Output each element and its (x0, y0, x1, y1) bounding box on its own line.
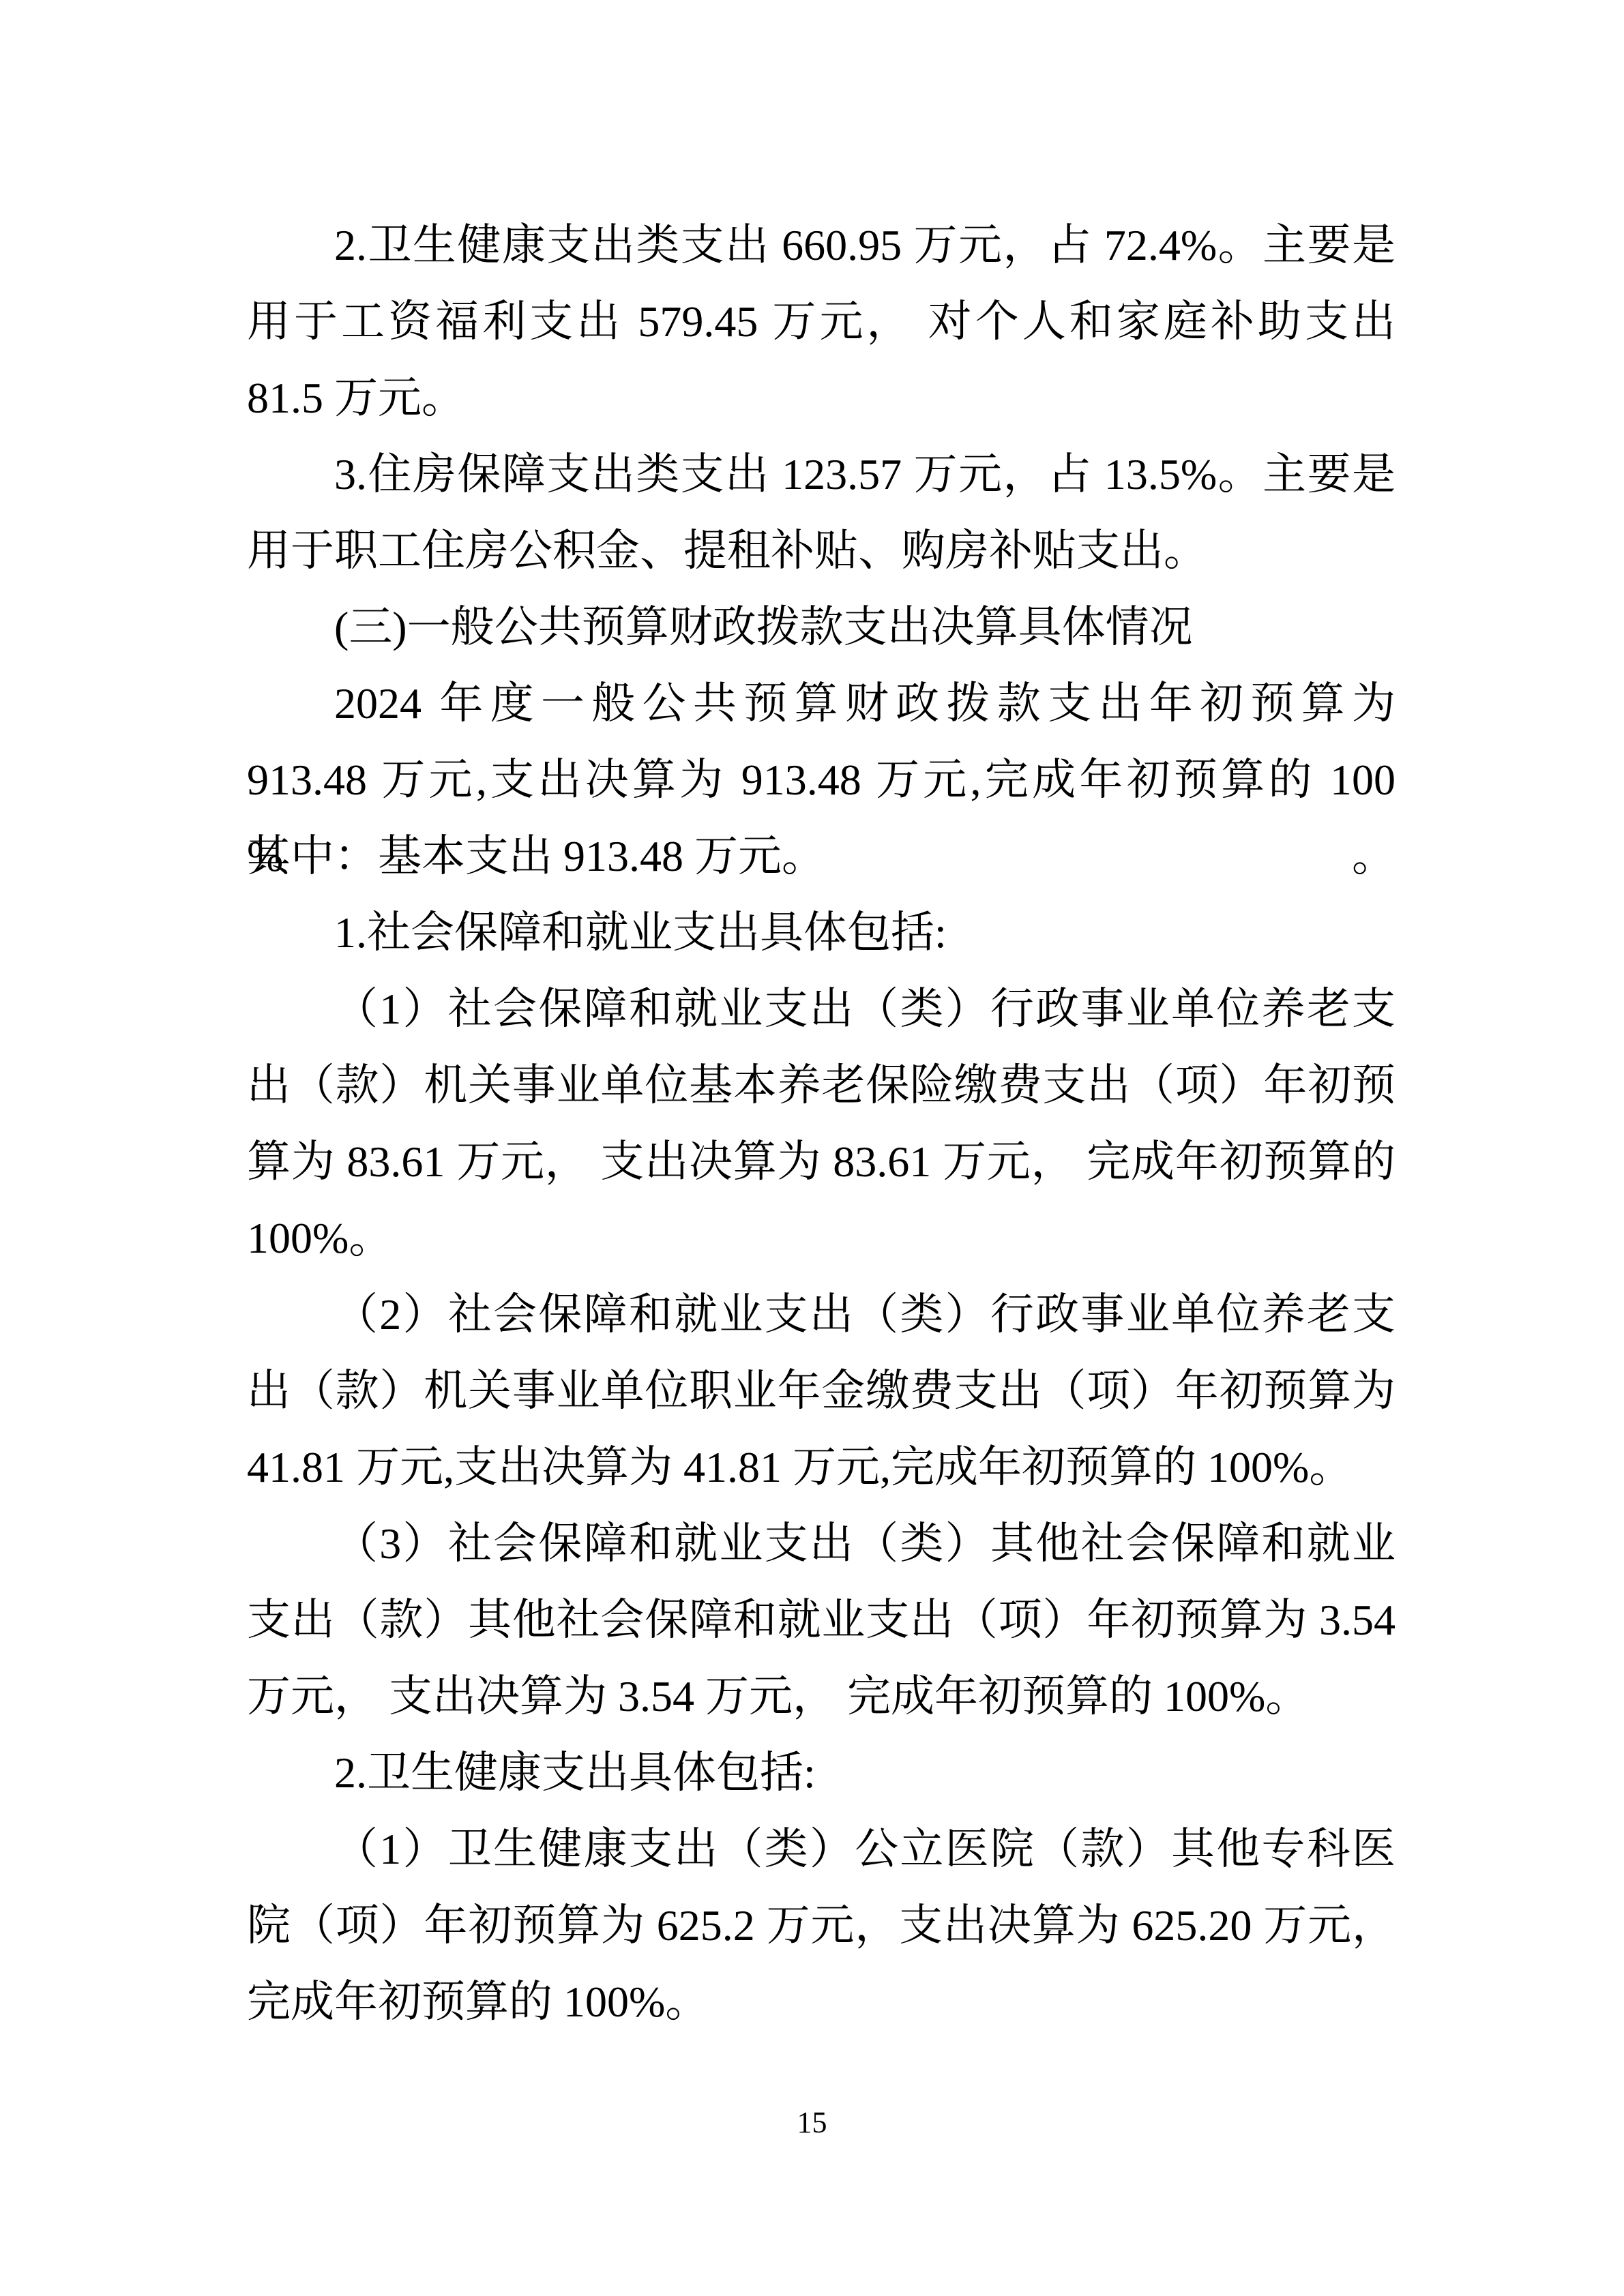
text-line: （1）卫生健康支出（类）公立医院（款）其他专科医 (247, 1811, 1396, 1888)
text-line: (三)一般公共预算财政拨款支出决算具体情况 (247, 589, 1396, 666)
paragraph: 2024 年度一般公共预算财政拨款支出年初预算为913.48 万元,支出决算为 … (247, 666, 1396, 895)
text-line: 2.卫生健康支出具体包括: (247, 1735, 1396, 1811)
paragraph: （3）社会保障和就业支出（类）其他社会保障和就业支出（款）其他社会保障和就业支出… (247, 1506, 1396, 1735)
document-body: 2.卫生健康支出类支出 660.95 万元，占 72.4%。主要是用于工资福利支… (247, 207, 1396, 2040)
paragraph: 2.卫生健康支出具体包括: (247, 1735, 1396, 1811)
paragraph: 3.住房保障支出类支出 123.57 万元，占 13.5%。主要是用于职工住房公… (247, 436, 1396, 589)
text-line: 3.住房保障支出类支出 123.57 万元，占 13.5%。主要是 (247, 436, 1396, 513)
paragraph: 2.卫生健康支出类支出 660.95 万元，占 72.4%。主要是用于工资福利支… (247, 207, 1396, 436)
text-line: 用于工资福利支出 579.45 万元， 对个人和家庭补助支出 (247, 284, 1396, 360)
text-line: 算为 83.61 万元， 支出决算为 83.61 万元， 完成年初预算的 (247, 1124, 1396, 1200)
paragraph: （2）社会保障和就业支出（类）行政事业单位养老支出（款）机关事业单位职业年金缴费… (247, 1277, 1396, 1506)
text-line: 万元， 支出决算为 3.54 万元， 完成年初预算的 100%。 (247, 1658, 1396, 1735)
text-line: （3）社会保障和就业支出（类）其他社会保障和就业 (247, 1506, 1396, 1582)
paragraph: (三)一般公共预算财政拨款支出决算具体情况 (247, 589, 1396, 666)
text-line: 81.5 万元。 (247, 360, 1396, 436)
paragraph: （1）社会保障和就业支出（类）行政事业单位养老支出（款）机关事业单位基本养老保险… (247, 971, 1396, 1277)
text-line: （2）社会保障和就业支出（类）行政事业单位养老支 (247, 1277, 1396, 1353)
text-line: （1）社会保障和就业支出（类）行政事业单位养老支 (247, 971, 1396, 1047)
text-line: 完成年初预算的 100%。 (247, 1964, 1396, 2040)
text-line: 支出（款）其他社会保障和就业支出（项）年初预算为 3.54 (247, 1582, 1396, 1658)
text-line: 100%。 (247, 1200, 1396, 1277)
text-line: 院（项）年初预算为 625.2 万元，支出决算为 625.20 万元， (247, 1888, 1396, 1964)
text-line: 1.社会保障和就业支出具体包括: (247, 895, 1396, 971)
text-line: 出（款）机关事业单位职业年金缴费支出（项）年初预算为 (247, 1353, 1396, 1429)
text-line: 出（款）机关事业单位基本养老保险缴费支出（项）年初预 (247, 1047, 1396, 1124)
document-page: 2.卫生健康支出类支出 660.95 万元，占 72.4%。主要是用于工资福利支… (0, 0, 1624, 2296)
text-line: 2024 年度一般公共预算财政拨款支出年初预算为 (247, 666, 1396, 742)
text-line: 913.48 万元,支出决算为 913.48 万元,完成年初预算的 100 %。 (247, 742, 1396, 818)
paragraph: 1.社会保障和就业支出具体包括: (247, 895, 1396, 971)
text-line: 2.卫生健康支出类支出 660.95 万元，占 72.4%。主要是 (247, 207, 1396, 284)
text-line: 用于职工住房公积金、提租补贴、购房补贴支出。 (247, 513, 1396, 589)
paragraph: （1）卫生健康支出（类）公立医院（款）其他专科医院（项）年初预算为 625.2 … (247, 1811, 1396, 2040)
text-line: 41.81 万元,支出决算为 41.81 万元,完成年初预算的 100%。 (247, 1429, 1396, 1506)
page-number: 15 (0, 2104, 1624, 2142)
